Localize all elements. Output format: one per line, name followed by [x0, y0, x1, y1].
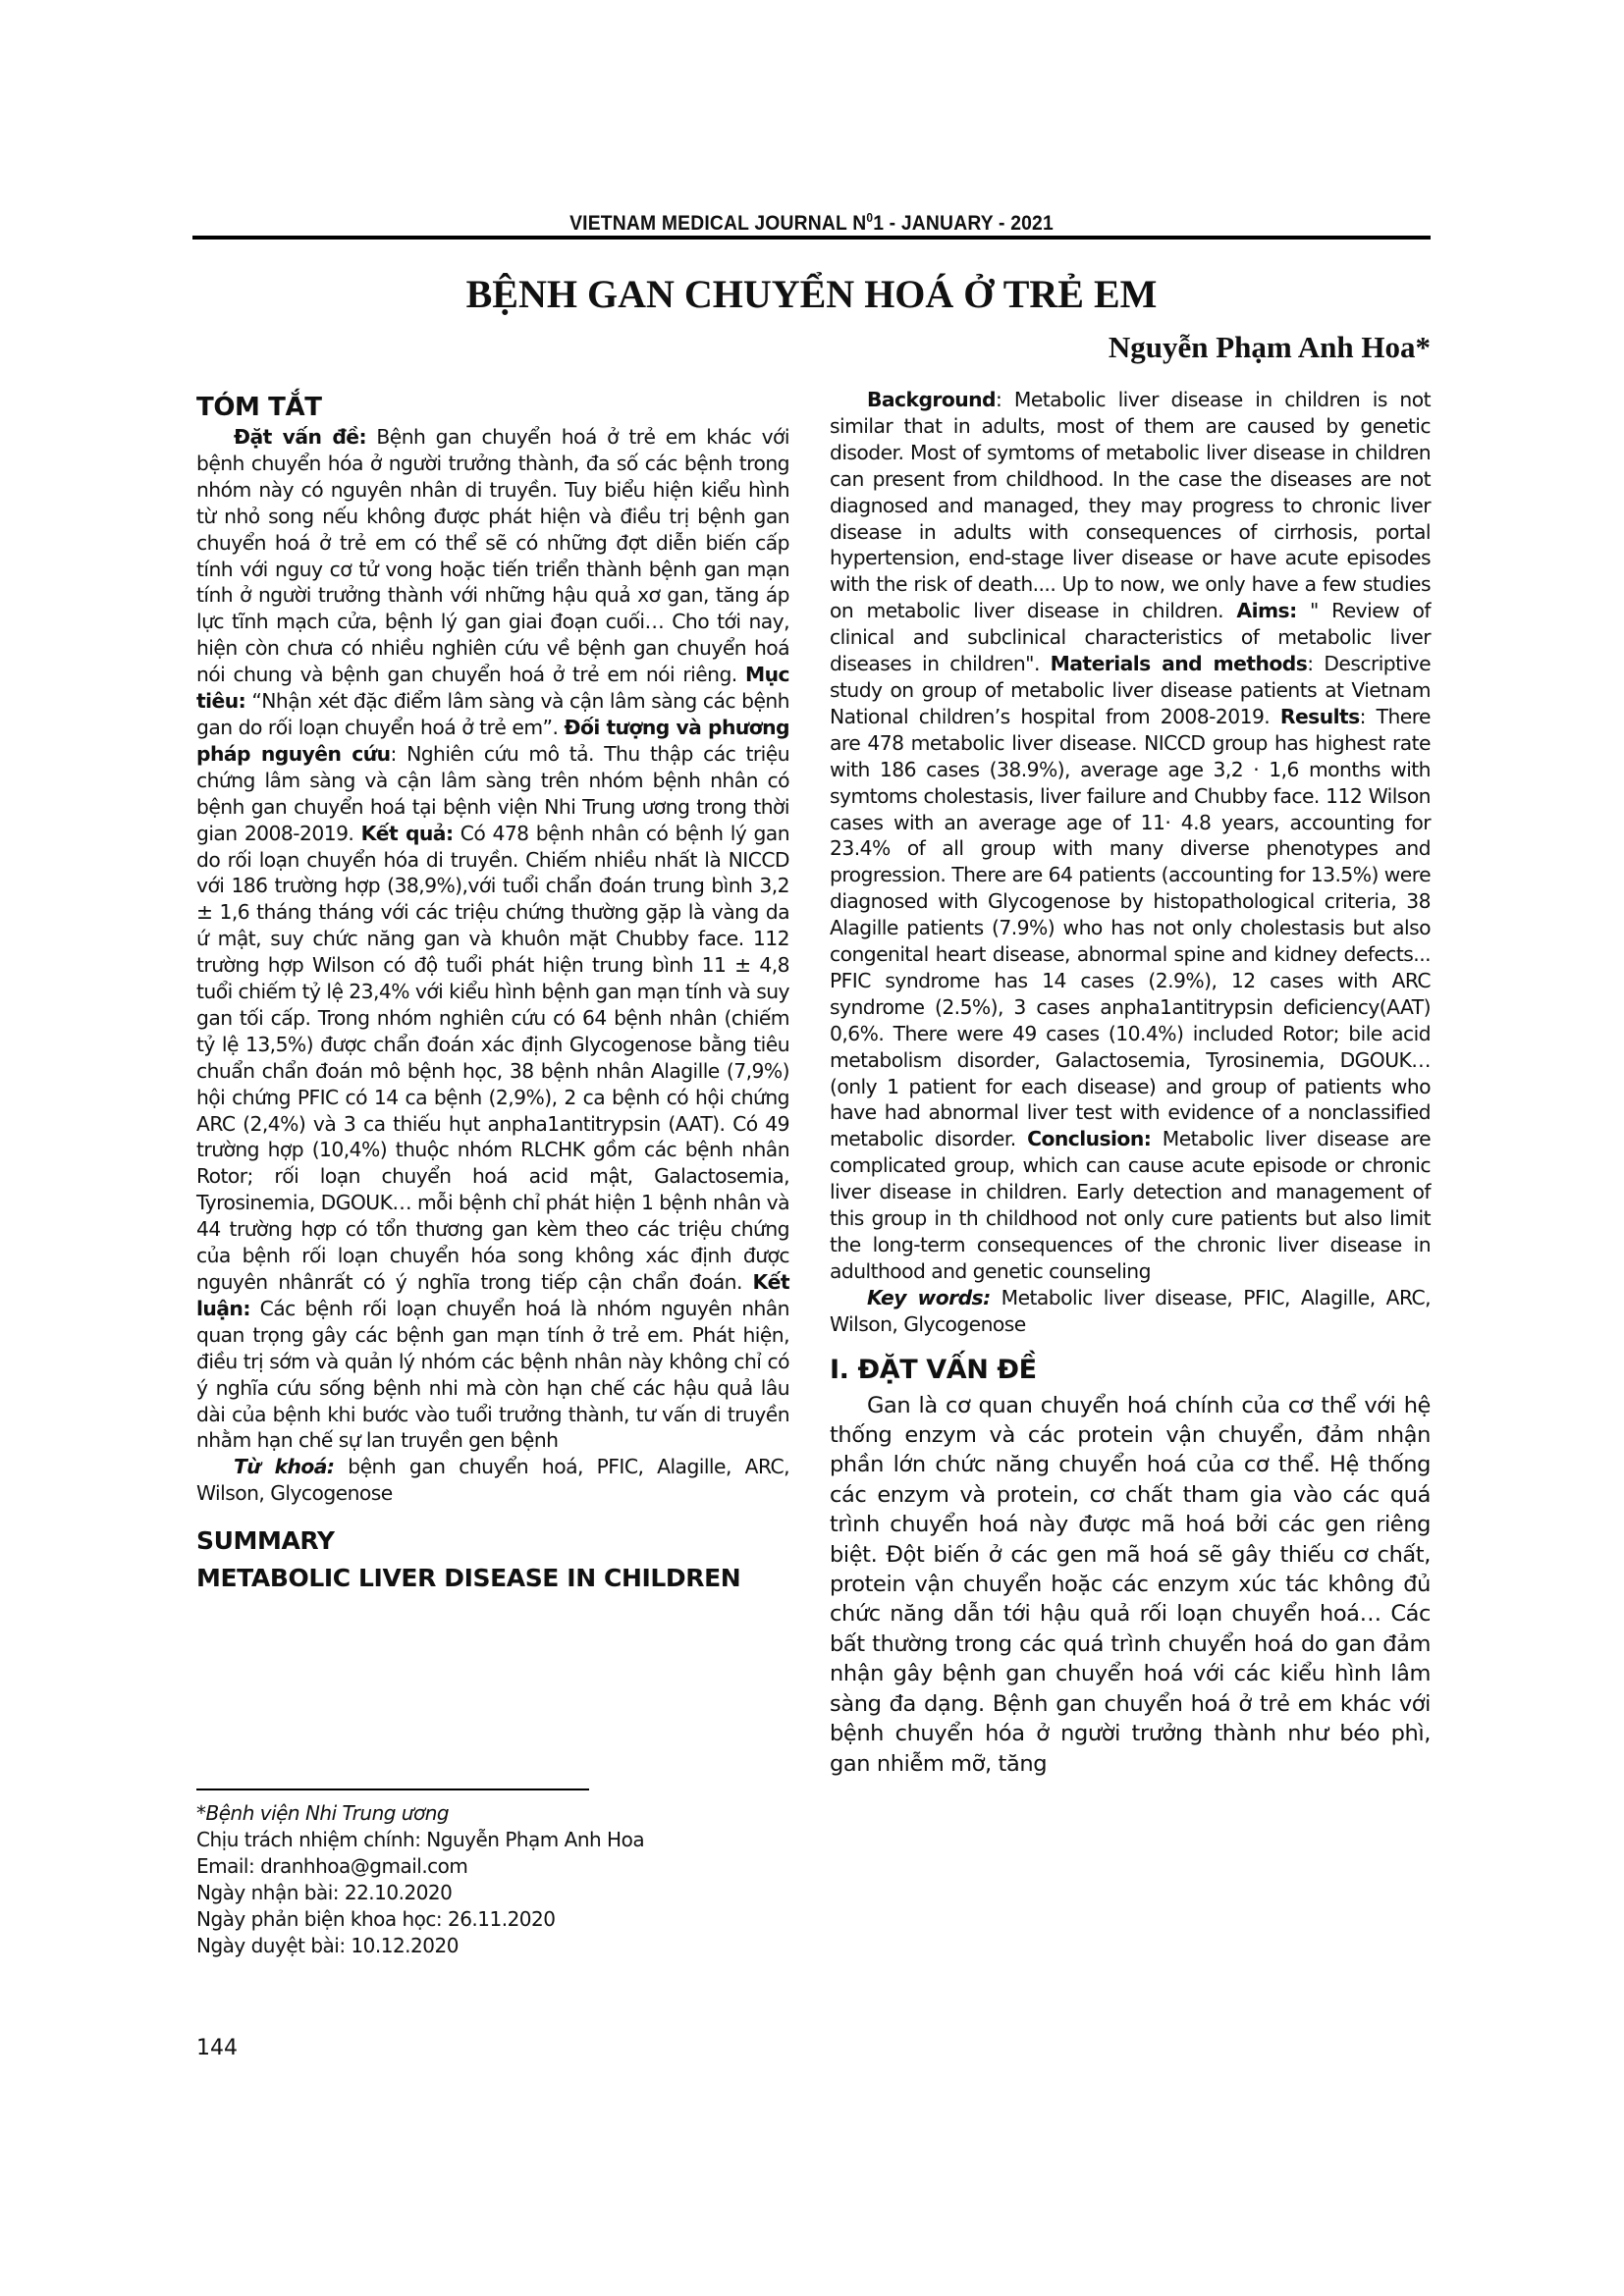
vi-results-label: Kết quả: — [361, 822, 454, 845]
page-number: 144 — [196, 2036, 238, 2060]
introduction-body: Gan là cơ quan chuyển hoá chính của cơ t… — [830, 1391, 1431, 1779]
en-background-text: : Metabolic liver disease in children is… — [830, 388, 1431, 622]
footnote-received-date: Ngày nhận bài: 22.10.2020 — [196, 1880, 789, 1906]
en-keywords-label: Key words: — [867, 1286, 991, 1309]
footnote-rule — [196, 1789, 589, 1790]
vi-background-label: Đặt vấn đề: — [234, 425, 366, 449]
running-header-prefix: VIETNAM MEDICAL JOURNAL N — [569, 212, 866, 235]
header-rule — [192, 236, 1431, 240]
article-title: BỆNH GAN CHUYỂN HOÁ Ở TRẺ EM — [192, 271, 1431, 317]
footnote-responsible-author: Chịu trách nhiệm chính: Nguyễn Phạm Anh … — [196, 1827, 789, 1853]
introduction-heading: I. ĐẶT VẤN ĐỀ — [830, 1354, 1431, 1387]
en-background-label: Background — [867, 388, 996, 411]
en-conclusion-label: Conclusion: — [1027, 1127, 1151, 1150]
footnote-email: Email: dranhhoa@gmail.com — [196, 1853, 789, 1880]
footnote-affiliation: *Bệnh viện Nhi Trung ương — [196, 1800, 789, 1827]
running-header: VIETNAM MEDICAL JOURNAL N01 - JANUARY - … — [242, 210, 1380, 236]
vi-keywords: Từ khoá: bệnh gan chuyển hoá, PFIC, Alag… — [196, 1454, 789, 1507]
en-aims-label: Aims: — [1236, 599, 1296, 622]
vi-abstract-heading: TÓM TẮT — [196, 391, 789, 424]
vi-abstract-body: Đặt vấn đề: Bệnh gan chuyển hoá ở trẻ em… — [196, 424, 789, 1454]
en-methods-label: Materials and methods — [1051, 652, 1308, 675]
vi-conclusion-text: Các bệnh rối loạn chuyển hoá là nhóm ngu… — [196, 1297, 789, 1453]
footnotes: *Bệnh viện Nhi Trung ương Chịu trách nhi… — [196, 1800, 789, 1959]
en-results-label: Results — [1280, 705, 1360, 728]
left-column: TÓM TẮT Đặt vấn đề: Bệnh gan chuyển hoá … — [196, 391, 789, 1597]
author-name: Nguyễn Phạm Anh Hoa* — [1109, 330, 1431, 365]
summary-title: METABOLIC LIVER DISEASE IN CHILDREN — [196, 1560, 789, 1597]
journal-page: VIETNAM MEDICAL JOURNAL N01 - JANUARY - … — [0, 0, 1624, 2296]
right-column: Background: Metabolic liver disease in c… — [830, 387, 1431, 1779]
vi-background-text: Bệnh gan chuyển hoá ở trẻ em khác với bệ… — [196, 425, 789, 686]
footnote-review-date: Ngày phản biện khoa học: 26.11.2020 — [196, 1906, 789, 1933]
running-header-suffix: 1 - JANUARY - 2021 — [873, 212, 1054, 235]
vi-results-text: Có 478 bệnh nhân có bệnh lý gan do rối l… — [196, 822, 789, 1294]
summary-heading: SUMMARY — [196, 1522, 789, 1560]
en-keywords: Key words: Metabolic liver disease, PFIC… — [830, 1285, 1431, 1338]
en-results-text: : There are 478 metabolic liver disease.… — [830, 705, 1431, 1151]
running-header-superscript: 0 — [866, 210, 873, 225]
en-abstract-body: Background: Metabolic liver disease in c… — [830, 387, 1431, 1285]
footnote-approval-date: Ngày duyệt bài: 10.12.2020 — [196, 1933, 789, 1959]
vi-keywords-label: Từ khoá: — [234, 1455, 334, 1478]
